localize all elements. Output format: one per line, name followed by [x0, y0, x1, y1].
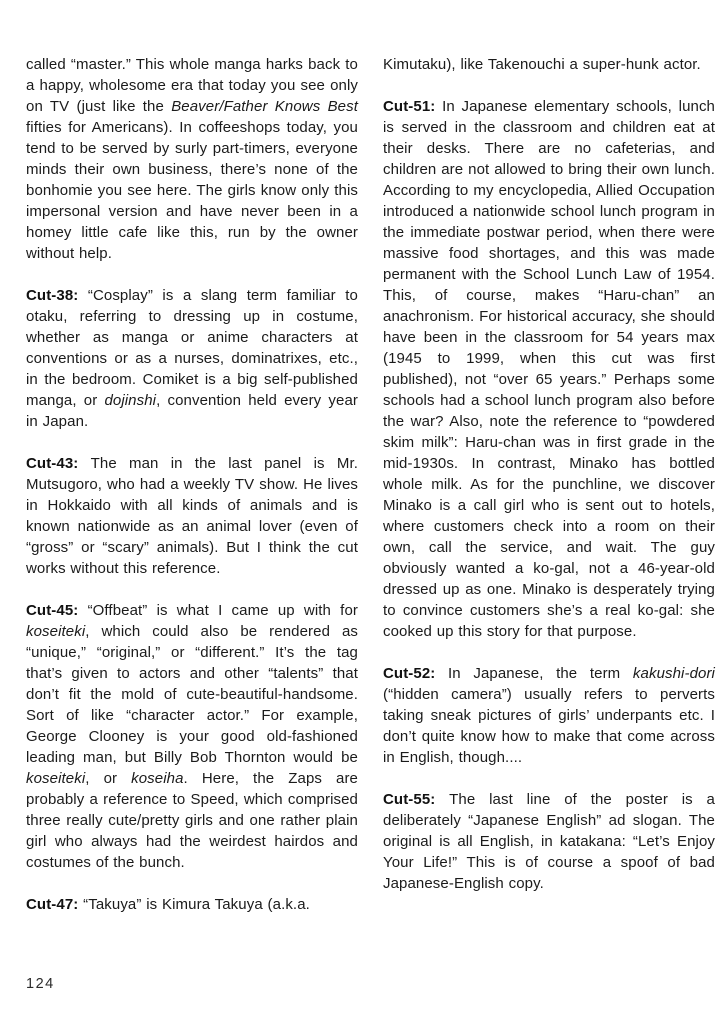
right-column: Kimutaku), like Takenouchi a super-hunk … — [383, 54, 715, 936]
text-segment: “Cosplay” is a slang term familiar to ot… — [26, 287, 358, 409]
text-segment: koseiteki — [26, 623, 85, 640]
note-cut-43: Cut-43: The man in the last panel is Mr.… — [26, 453, 358, 579]
note-cut-45: Cut-45: “Offbeat” is what I came up with… — [26, 600, 358, 873]
text-segment: koseiha — [131, 770, 183, 787]
note-cut-47: Cut-47: “Takuya” is Kimura Takuya (a.k.a… — [26, 894, 358, 915]
text-segment: In Japanese elementary schools, lunch is… — [383, 98, 715, 640]
cut-label: Cut-51: — [383, 98, 442, 115]
note-cut-38: Cut-38: “Cosplay” is a slang term famili… — [26, 285, 358, 432]
text-segment: koseiteki — [26, 770, 85, 787]
two-column-text-block: called “master.” This whole manga harks … — [0, 0, 728, 936]
text-segment: , which could also be rendered as “uniqu… — [26, 623, 358, 766]
cut-label: Cut-38: — [26, 287, 88, 304]
text-segment: The man in the last panel is Mr. Mutsugo… — [26, 455, 358, 577]
left-column: called “master.” This whole manga harks … — [26, 54, 358, 936]
cut-label: Cut-52: — [383, 665, 448, 682]
cut-label: Cut-47: — [26, 896, 83, 913]
text-segment: Kimutaku), like Takenouchi a super-hunk … — [383, 56, 701, 73]
text-segment: kakushi-dori — [633, 665, 715, 682]
text-segment: “Offbeat” is what I came up with for — [88, 602, 358, 619]
text-segment: (“hidden camera”) usually refers to perv… — [383, 686, 715, 766]
body-paragraph: called “master.” This whole manga harks … — [26, 54, 358, 264]
text-segment: fifties for Americans). In coffeeshops t… — [26, 119, 358, 262]
text-segment: In Japanese, the term — [448, 665, 633, 682]
text-segment: “Takuya” is Kimura Takuya (a.k.a. — [83, 896, 310, 913]
page-number: 124 — [26, 976, 55, 992]
note-cut-55: Cut-55: The last line of the poster is a… — [383, 789, 715, 894]
body-paragraph: Kimutaku), like Takenouchi a super-hunk … — [383, 54, 715, 75]
note-cut-51: Cut-51: In Japanese elementary schools, … — [383, 96, 715, 642]
cut-label: Cut-43: — [26, 455, 91, 472]
text-segment: dojinshi — [104, 392, 156, 409]
note-cut-52: Cut-52: In Japanese, the term kakushi-do… — [383, 663, 715, 768]
book-page: called “master.” This whole manga harks … — [0, 0, 728, 1029]
text-segment: Beaver/Father Knows Best — [171, 98, 358, 115]
cut-label: Cut-55: — [383, 791, 449, 808]
text-segment: , or — [85, 770, 131, 787]
cut-label: Cut-45: — [26, 602, 88, 619]
